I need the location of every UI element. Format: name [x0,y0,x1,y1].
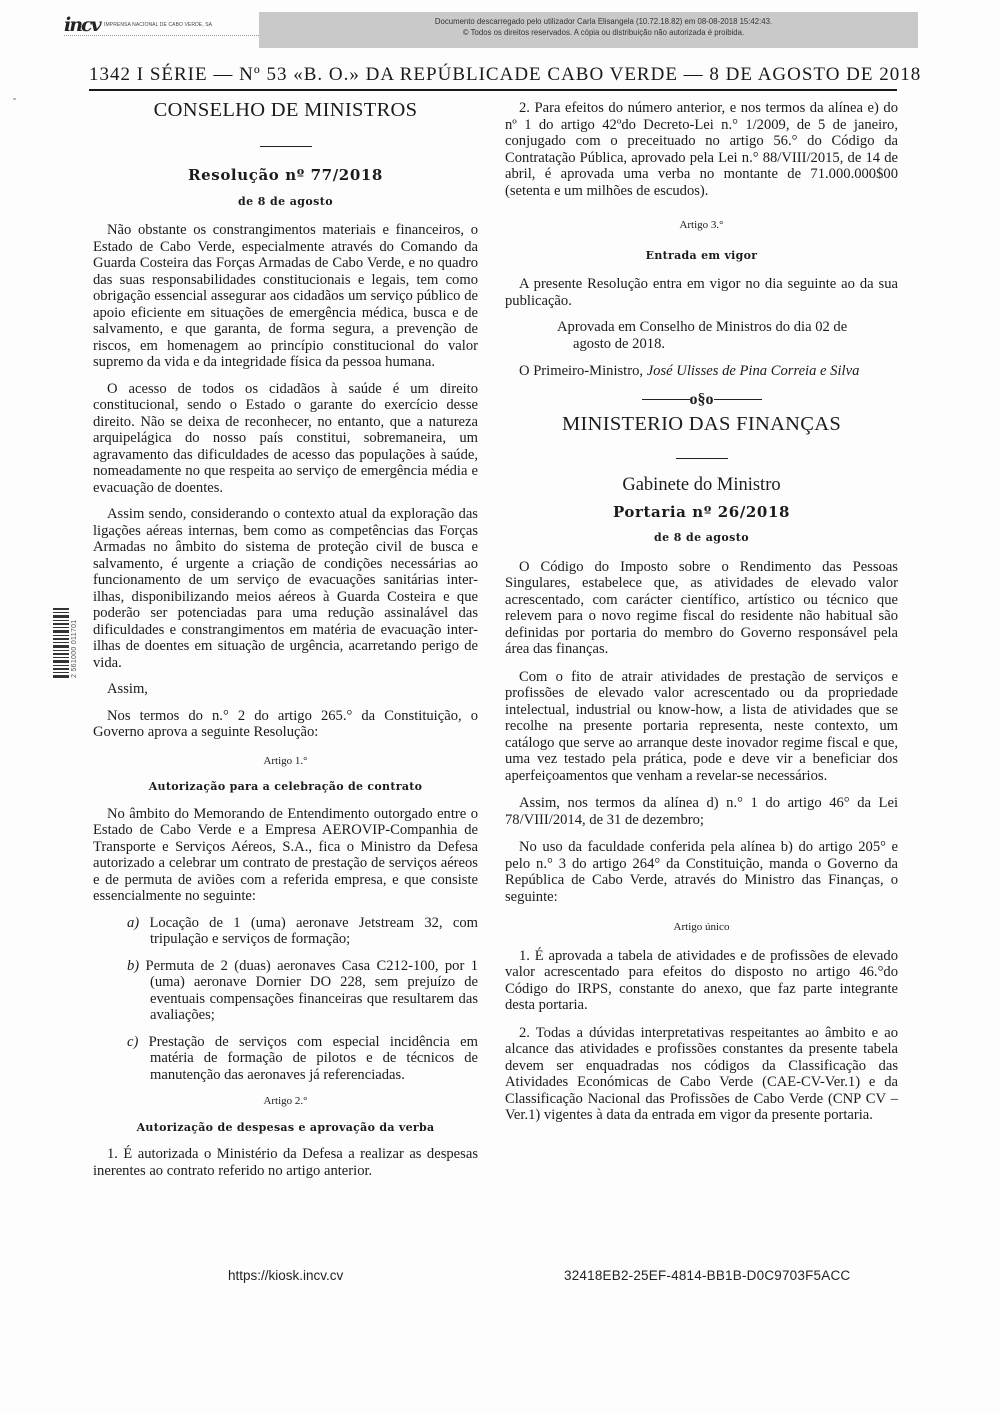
article-label: Artigo único [505,919,898,936]
list-letter: b) [127,958,139,974]
left-column: CONSELHO DE MINISTROS Resolução nº 77/20… [93,96,478,1179]
right-column: 2. Para efeitos do número anterior, e no… [505,96,898,1124]
approval-line-1: Aprovada em Conselho de Ministros do dia… [557,319,898,336]
paragraph: A presente Resolução entra em vigor no d… [505,276,898,309]
article-label: Artigo 1.° [93,753,478,770]
list-item: a) Locação de 1 (uma) aeronave Jetstream… [93,915,478,948]
download-banner: incv IMPRENSA NACIONAL DE CABO VERDE, SA… [64,14,918,36]
signature: O Primeiro-Ministro, José Ulisses de Pin… [505,363,898,380]
incv-logo: incv [64,16,102,34]
download-notice-box: Documento descarregado pelo utilizador C… [259,12,918,48]
paragraph: Não obstante os constrangimentos materia… [93,222,478,371]
signature-role: O Primeiro-Ministro, [519,363,647,379]
article-label: Artigo 3.° [505,217,898,234]
signature-name: José Ulisses de Pina Correia e Silva [647,363,860,379]
list-text: Prestação de serviços com especial incid… [149,1034,478,1083]
article-label: Artigo 2.° [93,1093,478,1110]
page-header: 1342 I SÉRIE — Nº 53 «B. O.» DA REPÚBLIC… [89,64,895,86]
footer-url-link[interactable]: https://kiosk.incv.cv [228,1268,343,1283]
paragraph: O Código do Imposto sobre o Rendimento d… [505,559,898,658]
section-divider [676,458,728,459]
section-separator: o§o [505,392,898,409]
paragraph: 1. É autorizada o Ministério da Defesa a… [93,1146,478,1179]
list-item: b) Permuta de 2 (duas) aeronaves Casa C2… [93,958,478,1024]
section-title: MINISTERIO DAS FINANÇAS [505,412,898,436]
portaria-title: Portaria nº 26/2018 [505,504,898,521]
publisher-block: incv IMPRENSA NACIONAL DE CABO VERDE, SA [64,14,259,36]
rights-notice: © Todos os direitos reservados. A cópia … [259,27,918,38]
list-letter: a) [127,915,139,931]
document-id: 32418EB2-25EF-4814-BB1B-D0C9703F5ACC [564,1268,850,1283]
approval-note: Aprovada em Conselho de Ministros do dia… [505,319,898,352]
separator-line [642,399,690,400]
page-header-left: 1342 I SÉRIE — Nº 53 «B. O.» DA REPÚBLIC… [89,64,514,86]
approval-line-2: agosto de 2018. [557,336,898,353]
paragraph: No âmbito do Memorando de Entendimento o… [93,806,478,905]
paragraph: O acesso de todos os cidadãos à saúde é … [93,381,478,497]
paragraph: Assim sendo, considerando o contexto atu… [93,506,478,671]
paragraph: Assim, [93,681,478,698]
list-text: Locação de 1 (uma) aeronave Jetstream 32… [149,915,478,948]
subsection-title: Gabinete do Ministro [505,477,898,494]
barcode-icon [53,608,69,678]
list-text: Permuta de 2 (duas) aeronaves Casa C212-… [146,958,478,1024]
paragraph: Assim, nos termos da alínea d) n.° 1 do … [505,795,898,828]
scan-speck [13,98,16,100]
resolution-date: de 8 de agosto [93,194,478,211]
section-divider [260,146,312,147]
article-title: Entrada em vigor [505,248,898,265]
download-notice: Documento descarregado pelo utilizador C… [259,16,918,27]
article-title: Autorização para a celebração de contrat… [93,779,478,796]
paragraph: 2. Todas a dúvidas interpretativas respe… [505,1025,898,1124]
resolution-title: Resolução nº 77/2018 [93,167,478,184]
paragraph: No uso da faculdade conferida pela alíne… [505,839,898,905]
page-header-right: DE CABO VERDE — 8 DE AGOSTO DE 2018 [514,64,921,86]
list-item: c) Prestação de serviços com especial in… [93,1034,478,1084]
paragraph: Com o fito de atrair atividades de prest… [505,669,898,785]
list-letter: c) [127,1034,138,1050]
separator-line [714,399,762,400]
paragraph: 2. Para efeitos do número anterior, e no… [505,100,898,199]
paragraph: Nos termos do n.° 2 do artigo 265.° da C… [93,708,478,741]
section-title: CONSELHO DE MINISTROS [93,98,478,122]
paragraph: 1. É aprovada a tabela de atividades e d… [505,948,898,1014]
publisher-name: IMPRENSA NACIONAL DE CABO VERDE, SA [104,22,212,28]
separator-symbol: o§o [690,392,714,409]
header-rule [89,89,897,91]
barcode-number: 2 561000 011701 [71,610,81,678]
article-title: Autorização de despesas e aprovação da v… [93,1120,478,1137]
portaria-date: de 8 de agosto [505,530,898,547]
